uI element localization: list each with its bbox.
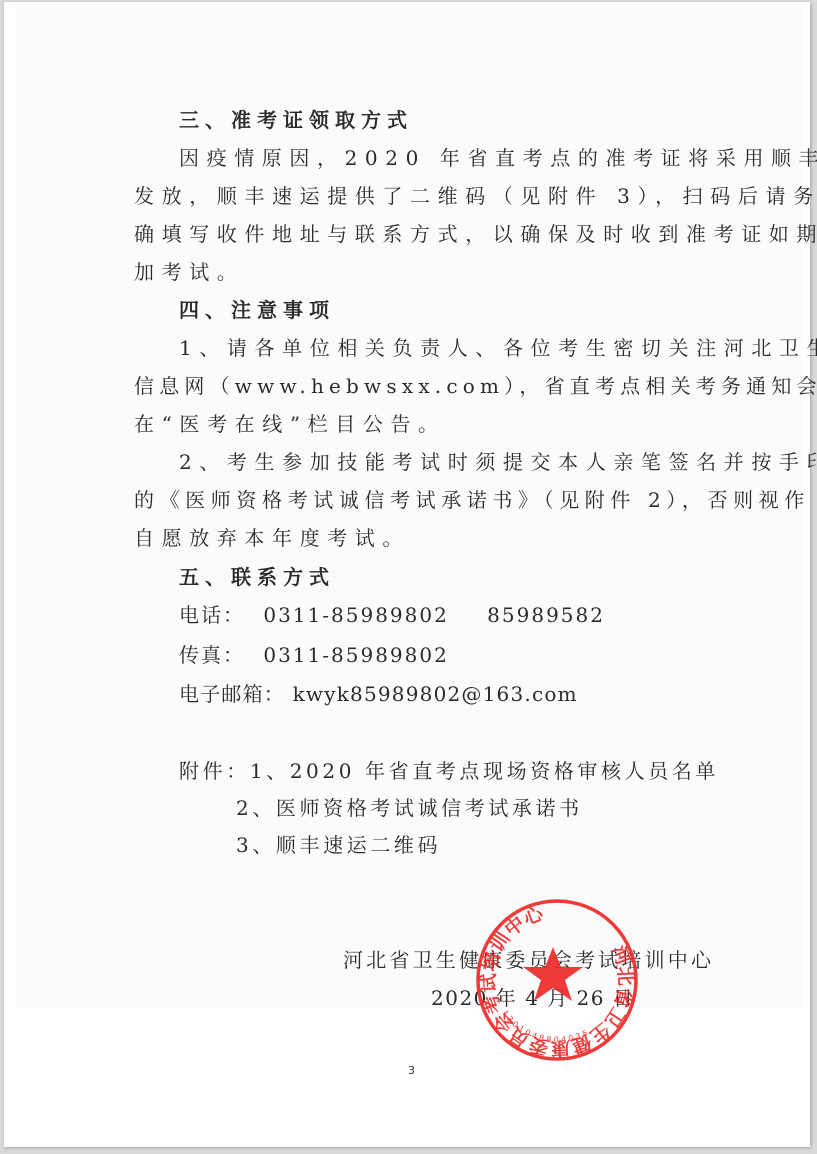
phone-row: 电话： 0311-85989802 85989582 xyxy=(179,603,605,627)
section-5-heading: 五、联系方式 xyxy=(179,565,335,589)
section-3-heading: 三、准考证领取方式 xyxy=(179,108,413,132)
notice-item-1-line-1: 1、请各单位相关负责人、各位考生密切关注河北卫生 xyxy=(179,336,817,360)
attachments-row-1: 附件：1、2020 年省直考点现场资格审核人员名单 xyxy=(179,759,719,783)
phone-label: 电话： xyxy=(179,603,245,627)
page-number: 3 xyxy=(408,1064,415,1077)
section-4-heading: 四、注意事项 xyxy=(179,298,335,322)
phone-number-2: 85989582 xyxy=(487,603,605,627)
document-page: 三、准考证领取方式 因疫情原因，2020 年省直考点的准考证将采用顺丰速运 发放… xyxy=(4,2,810,1147)
notice-item-1-line-2: 信息网（www.hebwsxx.com），省直考点相关考务通知会及时 xyxy=(134,374,817,398)
email-address: kwyk85989802@163.com xyxy=(293,682,578,706)
fax-number: 0311-85989802 xyxy=(263,643,448,667)
section-3-line-1: 因疫情原因，2020 年省直考点的准考证将采用顺丰速运 xyxy=(179,146,817,170)
section-3-line-2: 发放，顺丰速运提供了二维码（见附件 3），扫码后请务必准 xyxy=(134,184,817,208)
attachment-item-3: 3、顺丰速运二维码 xyxy=(236,833,441,857)
stamp-code: 1301048804035 xyxy=(500,1009,591,1045)
fax-row: 传真： 0311-85989802 xyxy=(179,643,449,667)
attachments-label: 附件： xyxy=(179,759,250,783)
notice-item-2-line-3: 自愿放弃本年度考试。 xyxy=(134,526,410,550)
signature-date: 2020 年 4 月 26 日 xyxy=(431,986,634,1010)
section-3-line-3: 确填写收件地址与联系方式，以确保及时收到准考证如期参 xyxy=(134,222,817,246)
notice-item-2-line-1: 2、考生参加技能考试时须提交本人亲笔签名并按手印 xyxy=(179,450,817,474)
attachment-item-1: 1、2020 年省直考点现场资格审核人员名单 xyxy=(250,759,719,783)
svg-text:1301048804035: 1301048804035 xyxy=(500,1009,591,1045)
phone-number-1: 0311-85989802 xyxy=(263,603,448,627)
fax-label: 传真： xyxy=(179,643,245,667)
email-label: 电子邮箱： xyxy=(179,682,285,706)
attachment-item-2: 2、医师资格考试诚信考试承诺书 xyxy=(236,796,583,820)
notice-item-2-line-2: 的《医师资格考试诚信考试承诺书》（见附件 2），否则视作 xyxy=(134,488,810,512)
section-3-line-4: 加考试。 xyxy=(134,260,244,284)
notice-item-1-line-3: 在“医考在线”栏目公告。 xyxy=(134,412,446,436)
signature-organization: 河北省卫生健康委员会考试培训中心 xyxy=(343,948,714,972)
email-row: 电子邮箱： kwyk85989802@163.com xyxy=(179,682,578,706)
